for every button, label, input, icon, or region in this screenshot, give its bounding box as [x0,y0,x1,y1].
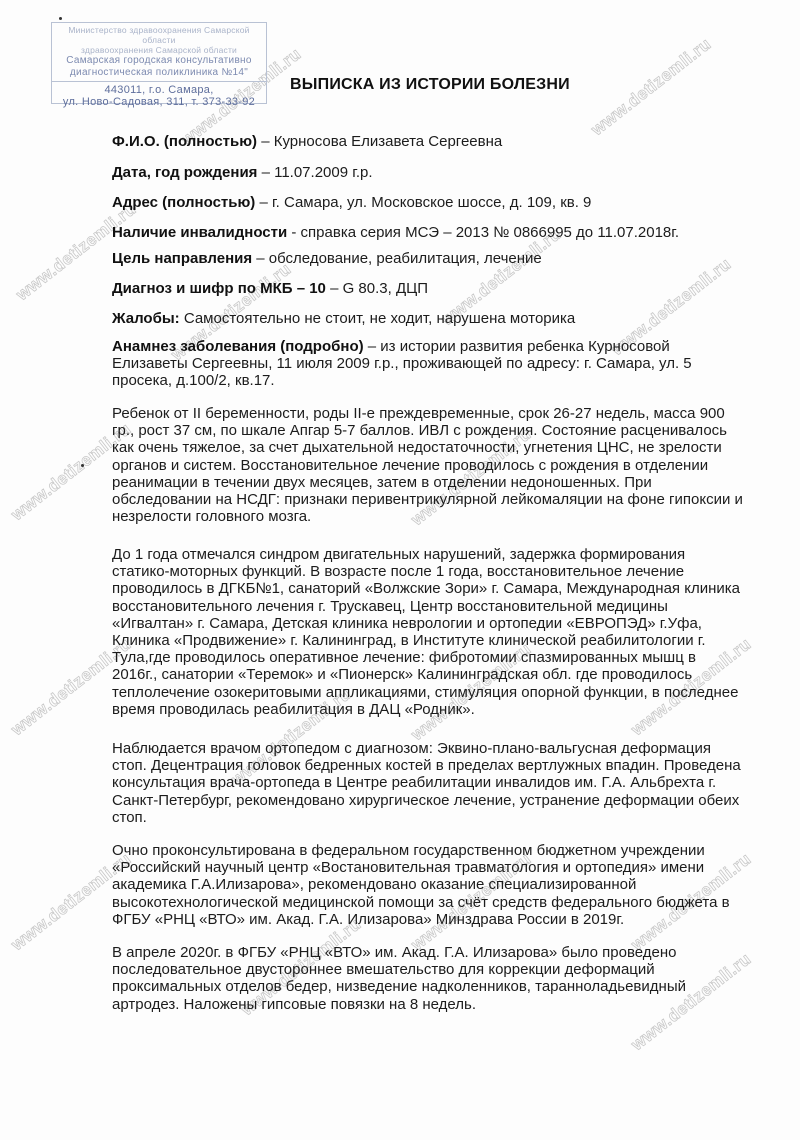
field-full-name: Ф.И.О. (полностью) – Курносова Елизавета… [112,133,502,151]
field-referral-purpose: Цель направления – обследование, реабили… [112,250,542,268]
field-complaints: Жалобы: Самостоятельно не стоит, не ходи… [112,310,575,328]
paragraph-line: незрелости головного мозга. [112,508,712,525]
paragraph-line: В апреле 2020г. в ФГБУ «РНЦ «ВТО» им. Ак… [112,944,712,961]
field-label: Жалобы: [112,310,180,327]
field-disability: Наличие инвалидности - справка серия МСЭ… [112,224,679,242]
field-birth-date: Дата, год рождения – 11.07.2009 г.р. [112,164,373,182]
field-value: Самостоятельно не стоит, не ходит, наруш… [180,310,576,327]
stamp-line-4: диагностическая поликлиника №14" [52,67,266,79]
paragraph-line: «Игвалтан» г. Самара, Детская клиника не… [112,615,712,632]
paragraph-line: Санкт-Петербург, рекомендовано хирургиче… [112,792,712,809]
paragraph-line: статико-моторных функций. В возрасте пос… [112,563,712,580]
paragraph-line: органов и систем. Восстановительное лече… [112,457,712,474]
paragraph-line: стоп. [112,809,712,826]
paragraph-line: стоп. Децентрация головок бедренных кост… [112,757,712,774]
field-label: Адрес (полностью) [112,194,255,211]
paragraph-orthopedic-observation: Наблюдается врачом ортопедом с диагнозом… [112,740,712,826]
field-value: – G 80.3, ДЦП [326,280,428,297]
paragraph-line: реанимации в течении двух месяцев, затем… [112,474,712,491]
paragraph-line: восстановительного лечения г. Трускавец,… [112,598,712,615]
paragraph-line: гр., рост 37 см, по шкале Апгар 5-7 балл… [112,422,712,439]
paragraph-line: Очно проконсультирована в федеральном го… [112,842,712,859]
paragraph-line: проводилось в ДГКБ№1, санаторий «Волжски… [112,580,712,597]
paragraph-line: последовательное двустороннее вмешательс… [112,961,712,978]
field-label: Цель направления [112,250,252,267]
stamp-address-2: ул. Ново-Садовая, 311, т. 373-33-92 [52,96,266,108]
anamnesis-line: Елизаветы Сергеевны, 11 июля 2009 г.р., … [112,355,712,372]
watermark: www.detizemli.ru [588,34,716,140]
document-title: ВЫПИСКА ИЗ ИСТОРИИ БОЛЕЗНИ [290,76,570,94]
paragraph-line: Наблюдается врачом ортопедом с диагнозом… [112,740,712,757]
paragraph-line: академика Г.А.Илизарова», рекомендовано … [112,876,712,893]
document-page: www.detizemli.ru www.detizemli.ru www.de… [0,0,800,1140]
field-value: – обследование, реабилитация, лечение [252,250,542,267]
field-label: Ф.И.О. (полностью) [112,133,257,150]
paragraph-line: Клиника «Продвижение» г. Калининград, в … [112,632,712,649]
field-value: – Курносова Елизавета Сергеевна [257,133,502,150]
anamnesis-line: Анамнез заболевания (подробно) – из исто… [112,338,712,355]
paragraph-line: высокотехнологической медицинской помощи… [112,894,712,911]
field-diagnosis: Диагноз и шифр по МКБ – 10 – G 80.3, ДЦП [112,280,428,298]
stamp-divider [52,81,266,82]
paragraph-line: как очень тяжелое, за счет дыхательной н… [112,439,712,456]
institution-stamp: Министерство здравоохранения Самарской о… [51,22,267,104]
paragraph-birth-history: Ребенок от II беременности, роды II-е пр… [112,405,712,525]
anamnesis-label: Анамнез заболевания (подробно) [112,338,364,355]
paragraph-line: обследовании на НСДГ: признаки перивентр… [112,491,712,508]
anamnesis-line: просека, д.100/2, кв.17. [112,372,712,389]
field-value: – 11.07.2009 г.р. [257,164,372,181]
stamp-address-1: 443011, г.о. Самара, [52,84,266,96]
paragraph-treatment-history: До 1 года отмечался синдром двигательных… [112,546,712,718]
paragraph-line: теплолечение озокеритовыми аппликациями,… [112,684,712,701]
paragraph-line: 2016г., санатории «Теремок» и «Пионерск»… [112,666,712,683]
field-label: Диагноз и шифр по МКБ – 10 [112,280,326,297]
paragraph-line: Ребенок от II беременности, роды II-е пр… [112,405,712,422]
stamp-line-3: Самарская городская консультативно [52,55,266,67]
scan-dot [59,17,62,20]
paragraph-line: проксимальных отделов бедер, низведение … [112,978,712,995]
stamp-line-2: здравоохранения Самарской области [52,45,266,55]
field-label: Дата, год рождения [112,164,257,181]
paragraph-line: «Российский научный центр «Востановитель… [112,859,712,876]
paragraph-line: консультация врача-ортопеда в Центре реа… [112,774,712,791]
stamp-line-1: Министерство здравоохранения Самарской о… [52,25,266,45]
anamnesis-section: Анамнез заболевания (подробно) – из исто… [112,338,712,390]
paragraph-federal-consultation: Очно проконсультирована в федеральном го… [112,842,712,928]
scan-dot [81,464,84,467]
paragraph-line: Тула,где проводилось оперативное лечение… [112,649,712,666]
paragraph-line: До 1 года отмечался синдром двигательных… [112,546,712,563]
field-value: – г. Самара, ул. Московское шоссе, д. 10… [255,194,591,211]
paragraph-line: ФГБУ «РНЦ «ВТО» им. Акад. Г.А. Илизарова… [112,911,712,928]
paragraph-line: время проводилась реабилитация в ДАЦ «Ро… [112,701,712,718]
paragraph-surgery-2020: В апреле 2020г. в ФГБУ «РНЦ «ВТО» им. Ак… [112,944,712,1013]
field-value: - справка серия МСЭ – 2013 № 0866995 до … [287,224,679,241]
paragraph-line: артродез. Наложены гипсовые повязки на 8… [112,996,712,1013]
field-label: Наличие инвалидности [112,224,287,241]
field-address: Адрес (полностью) – г. Самара, ул. Моско… [112,194,591,212]
anamnesis-text: – из истории развития ребенка Курносовой [364,338,670,355]
